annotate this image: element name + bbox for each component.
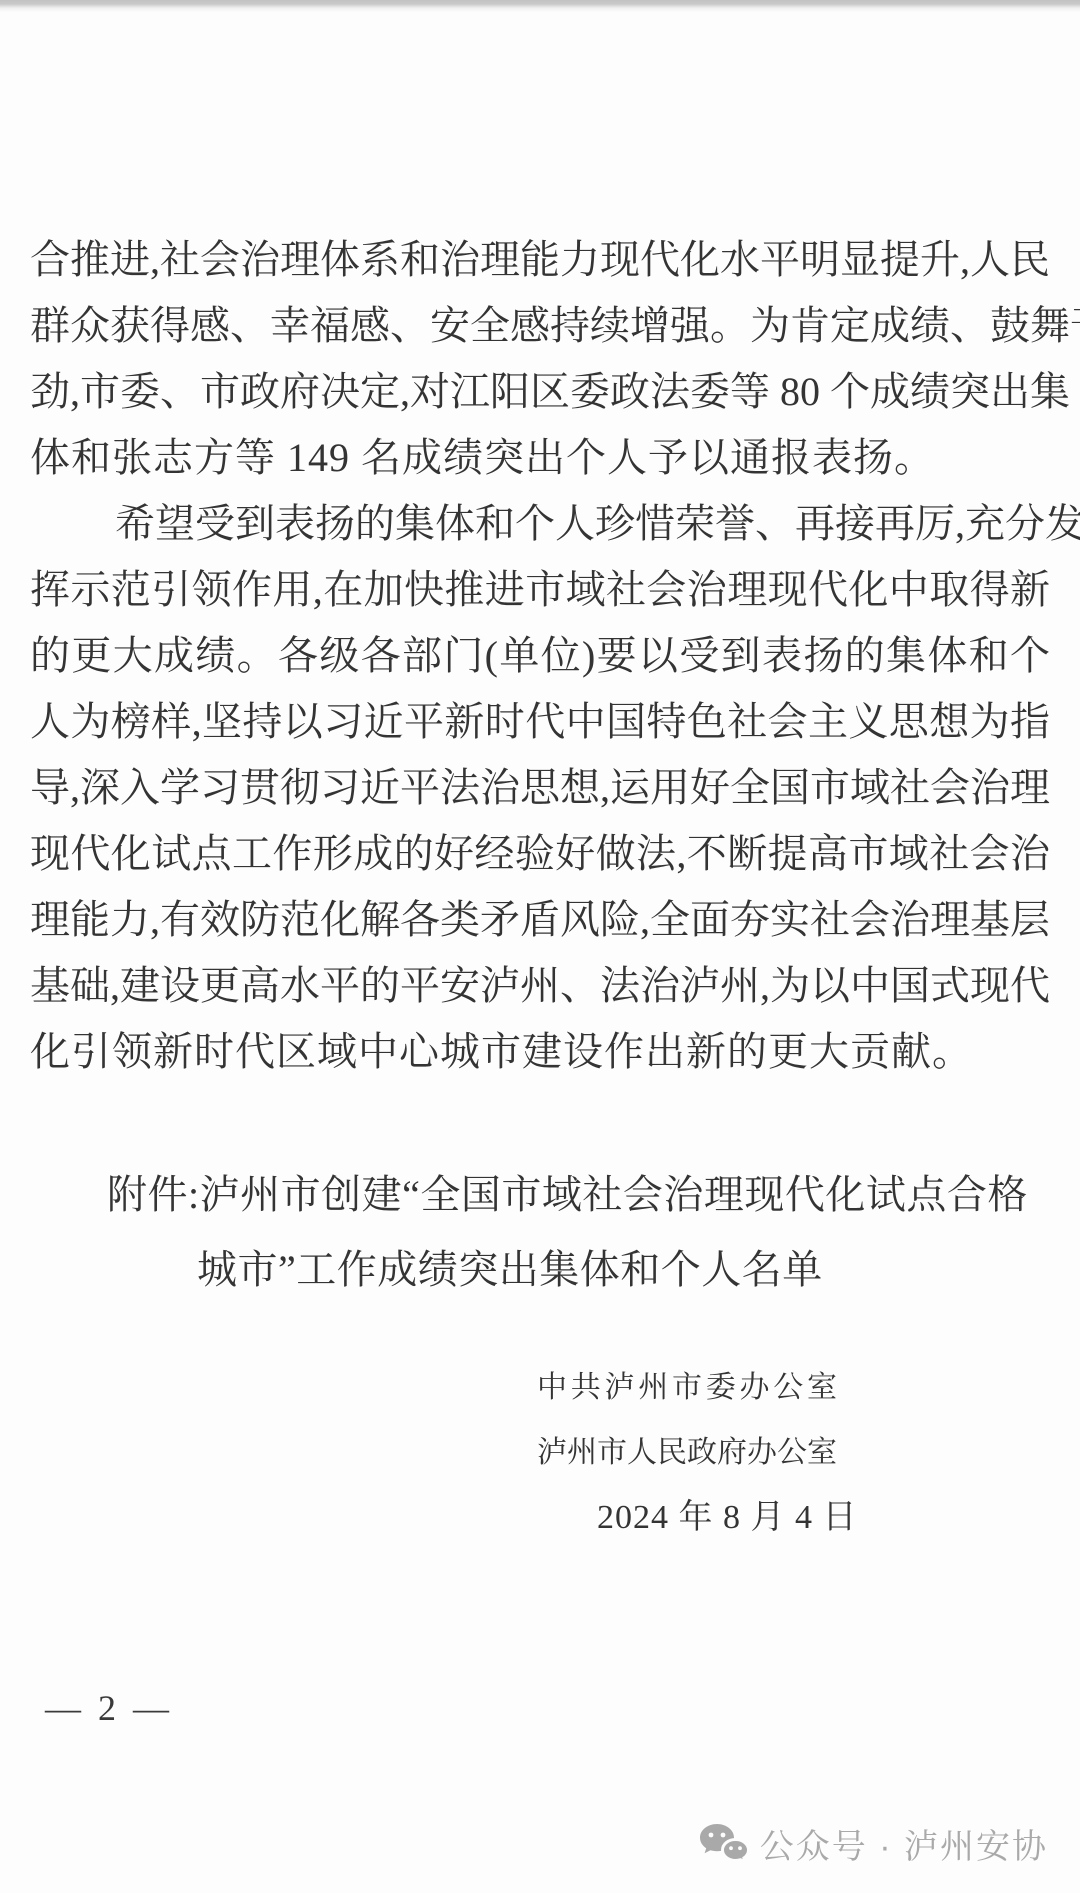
document-body: 合推进,社会治理体系和治理能力现代化水平明显提升,人民 群众获得感、幸福感、安全… xyxy=(0,0,1080,1728)
body-text-line: 理能力,有效防范化解各类矛盾风险,全面夯实社会治理基层 xyxy=(30,887,1050,953)
body-text-line: 群众获得感、幸福感、安全感持续增强。为肯定成绩、鼓舞干 xyxy=(30,293,1050,359)
body-text-line: 的更大成绩。各级各部门(单位)要以受到表扬的集体和个 xyxy=(30,623,1050,689)
body-text-line: 劲,市委、市政府决定,对江阳区委政法委等 80 个成绩突出集 xyxy=(30,359,1050,425)
watermark: 公众号 · 泸州安协 xyxy=(698,1819,1048,1868)
attachment-line: 附件:泸州市创建“全国市域社会治理现代化试点合格 xyxy=(30,1157,1050,1232)
body-text-line: 体和张志方等 149 名成绩突出个人予以通报表扬。 xyxy=(30,425,1050,491)
body-text-line: 挥示范引领作用,在加快推进市域社会治理现代化中取得新 xyxy=(30,557,1050,623)
watermark-label: 公众号 · 泸州安协 xyxy=(760,1819,1048,1868)
body-text-line: 导,深入学习贯彻习近平法治思想,运用好全国市域社会治理 xyxy=(30,755,1050,821)
signature-block: 中共泸州市委办公室 泸州市人民政府办公室 2024 年 8 月 4 日 xyxy=(537,1355,837,1550)
scanned-document-page: { "document": { "body_lines": [ { "text"… xyxy=(0,0,1080,1893)
attachment-note: 附件:泸州市创建“全国市域社会治理现代化试点合格 城市”工作成绩突出集体和个人名… xyxy=(30,1157,1050,1307)
body-text-line: 现代化试点工作形成的好经验好做法,不断提高市域社会治 xyxy=(30,821,1050,887)
issue-date: 2024 年 8 月 4 日 xyxy=(537,1485,837,1550)
body-text-line: 化引领新时代区域中心城市建设作出新的更大贡献。 xyxy=(30,1019,1050,1085)
issuing-org-line: 泸州市人民政府办公室 xyxy=(537,1420,837,1485)
page-number: — 2 — xyxy=(30,1688,1050,1728)
body-text-line: 希望受到表扬的集体和个人珍惜荣誉、再接再厉,充分发 xyxy=(30,491,1050,557)
wechat-icon xyxy=(698,1822,750,1866)
body-text-line: 合推进,社会治理体系和治理能力现代化水平明显提升,人民 xyxy=(30,227,1050,293)
issuing-org-line: 中共泸州市委办公室 xyxy=(537,1355,837,1420)
body-text-line: 人为榜样,坚持以习近平新时代中国特色社会主义思想为指 xyxy=(30,689,1050,755)
attachment-line: 城市”工作成绩突出集体和个人名单 xyxy=(30,1232,1050,1307)
body-text-line: 基础,建设更高水平的平安泸州、法治泸州,为以中国式现代 xyxy=(30,953,1050,1019)
